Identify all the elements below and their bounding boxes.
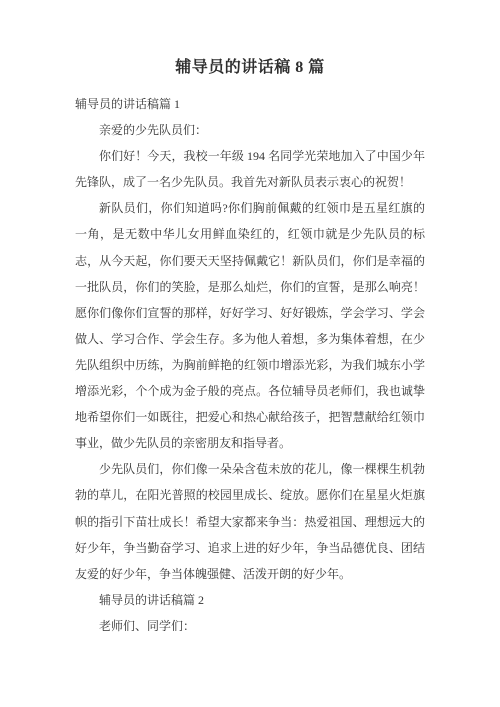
- section-heading-2: 辅导员的讲话稿篇 2: [75, 587, 425, 613]
- paragraph-red-scarf: 新队员们，你们知道吗?你们胸前佩戴的红领巾是五星红旗的一角，是无数中华儿女用鲜血…: [75, 195, 425, 456]
- paragraph-wishes: 少先队员们，你们像一朵朵含苞未放的花儿，像一棵棵生机勃勃的草儿，在阳光普照的校园…: [75, 456, 425, 586]
- document-page: 辅导员的讲话稿 8 篇 辅导员的讲话稿篇 1 亲爱的少先队员们： 你们好！今天，…: [0, 0, 500, 707]
- section-heading-1: 辅导员的讲话稿篇 1: [75, 91, 425, 117]
- salutation-2: 老师们、同学们：: [75, 613, 425, 639]
- salutation-1: 亲爱的少先队员们：: [75, 117, 425, 143]
- paragraph-greeting: 你们好！今天，我校一年级 194 名同学光荣地加入了中国少年先锋队，成了一名少先…: [75, 143, 425, 195]
- document-title: 辅导员的讲话稿 8 篇: [75, 54, 425, 82]
